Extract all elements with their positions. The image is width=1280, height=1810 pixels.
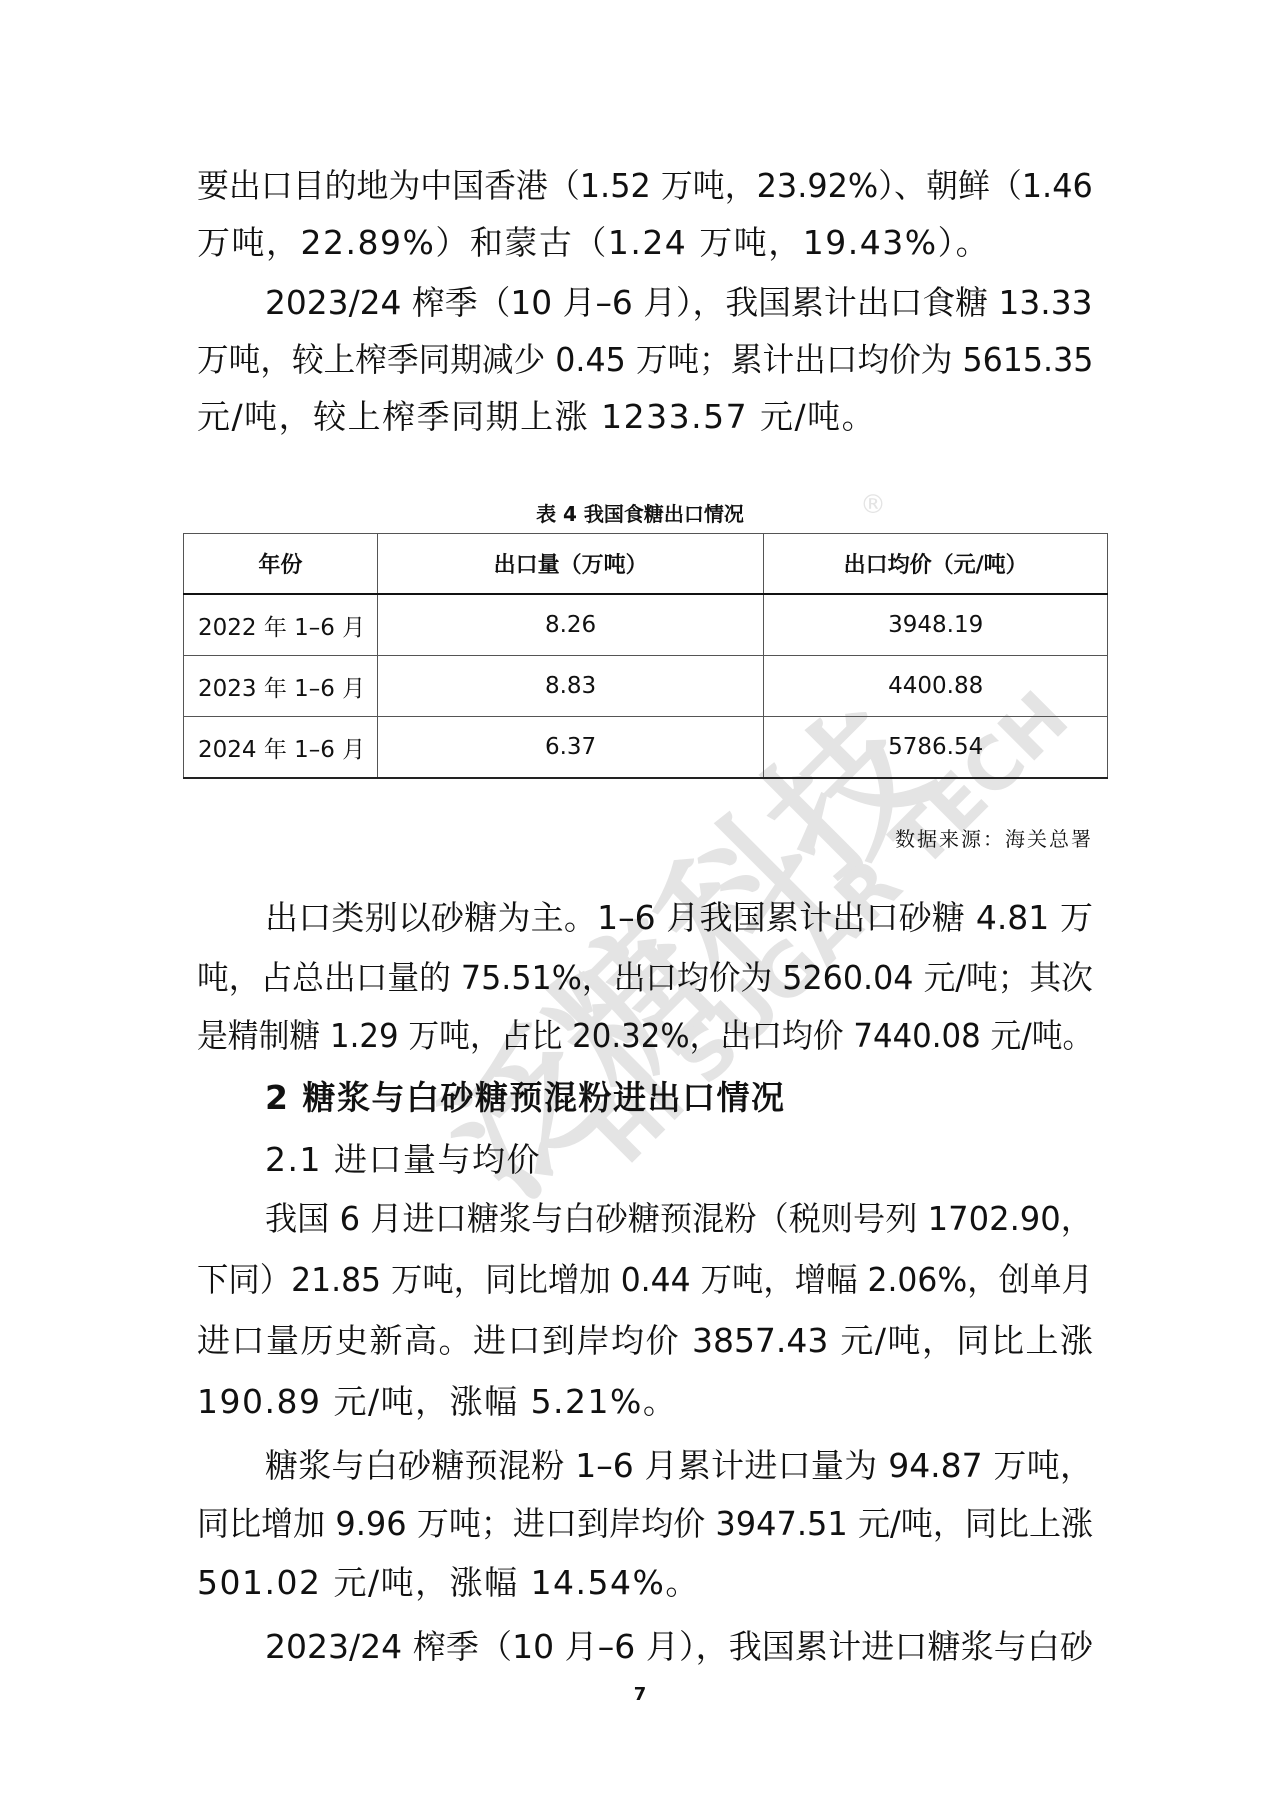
table-row: 2022 年 1–6 月 8.26 3948.19: [184, 594, 1108, 656]
paragraph-line: 501.02 元/吨，涨幅 14.54%。: [197, 1563, 1093, 1603]
column-header-year: 年份: [184, 534, 378, 595]
section-heading: 2 糖浆与白砂糖预混粉进出口情况: [265, 1078, 1093, 1118]
column-header-price: 出口均价（元/吨）: [764, 534, 1108, 595]
paragraph-line: 元/吨，较上榨季同期上涨 1233.57 元/吨。: [197, 397, 1093, 437]
paragraph-line: 要出口目的地为中国香港（1.52 万吨，23.92%）、朝鲜（1.46: [197, 166, 1063, 206]
table-header-row: 年份 出口量（万吨） 出口均价（元/吨）: [184, 534, 1108, 595]
paragraph-line: 我国 6 月进口糖浆与白砂糖预混粉（税则号列 1702.90，: [265, 1199, 1073, 1239]
cell-price: 4400.88: [764, 656, 1108, 717]
paragraph-line: 2023/24 榨季（10 月–6 月），我国累计出口食糖 13.33: [265, 283, 1089, 323]
subsection-heading: 2.1 进口量与均价: [265, 1140, 1093, 1180]
cell-year: 2024 年 1–6 月: [184, 717, 378, 779]
page-number: 7: [0, 1684, 1280, 1705]
paragraph-line: 是精制糖 1.29 万吨，占比 20.32%，出口均价 7440.08 元/吨。: [197, 1016, 1033, 1056]
table-row: 2023 年 1–6 月 8.83 4400.88: [184, 656, 1108, 717]
column-header-volume: 出口量（万吨）: [377, 534, 764, 595]
table-caption: 表 4 我国食糖出口情况: [0, 500, 1280, 528]
cell-year: 2022 年 1–6 月: [184, 594, 378, 656]
paragraph-line: 进口量历史新高。进口到岸均价 3857.43 元/吨，同比上涨: [197, 1321, 1093, 1361]
paragraph-line: 万吨，22.89%）和蒙古（1.24 万吨，19.43%）。: [197, 223, 1093, 263]
paragraph-line: 万吨，较上榨季同期减少 0.45 万吨；累计出口均价为 5615.35: [197, 340, 1057, 380]
paragraph-line: 吨，占总出口量的 75.51%，出口均价为 5260.04 元/吨；其次: [197, 958, 1058, 998]
cell-price: 3948.19: [764, 594, 1108, 656]
document-page: 泛糖科技 HI SUGAR TECH ® 要出口目的地为中国香港（1.52 万吨…: [0, 0, 1280, 1810]
paragraph-line: 下同）21.85 万吨，同比增加 0.44 万吨，增幅 2.06%，创单月: [197, 1260, 1049, 1300]
sugar-export-table: 年份 出口量（万吨） 出口均价（元/吨） 2022 年 1–6 月 8.26 3…: [183, 533, 1108, 779]
table-source: 数据来源：海关总署: [895, 825, 1093, 853]
cell-volume: 6.37: [377, 717, 764, 779]
table-row: 2024 年 1–6 月 6.37 5786.54: [184, 717, 1108, 779]
paragraph-line: 出口类别以砂糖为主。1–6 月我国累计出口砂糖 4.81 万: [265, 898, 1093, 938]
cell-year: 2023 年 1–6 月: [184, 656, 378, 717]
paragraph-line: 糖浆与白砂糖预混粉 1–6 月累计进口量为 94.87 万吨，: [265, 1446, 1093, 1486]
paragraph-line: 同比增加 9.96 万吨；进口到岸均价 3947.51 元/吨，同比上涨: [197, 1504, 1067, 1544]
paragraph-line: 2023/24 榨季（10 月–6 月），我国累计进口糖浆与白砂: [265, 1627, 1093, 1667]
cell-price: 5786.54: [764, 717, 1108, 779]
paragraph-line: 190.89 元/吨，涨幅 5.21%。: [197, 1382, 1093, 1422]
cell-volume: 8.26: [377, 594, 764, 656]
cell-volume: 8.83: [377, 656, 764, 717]
